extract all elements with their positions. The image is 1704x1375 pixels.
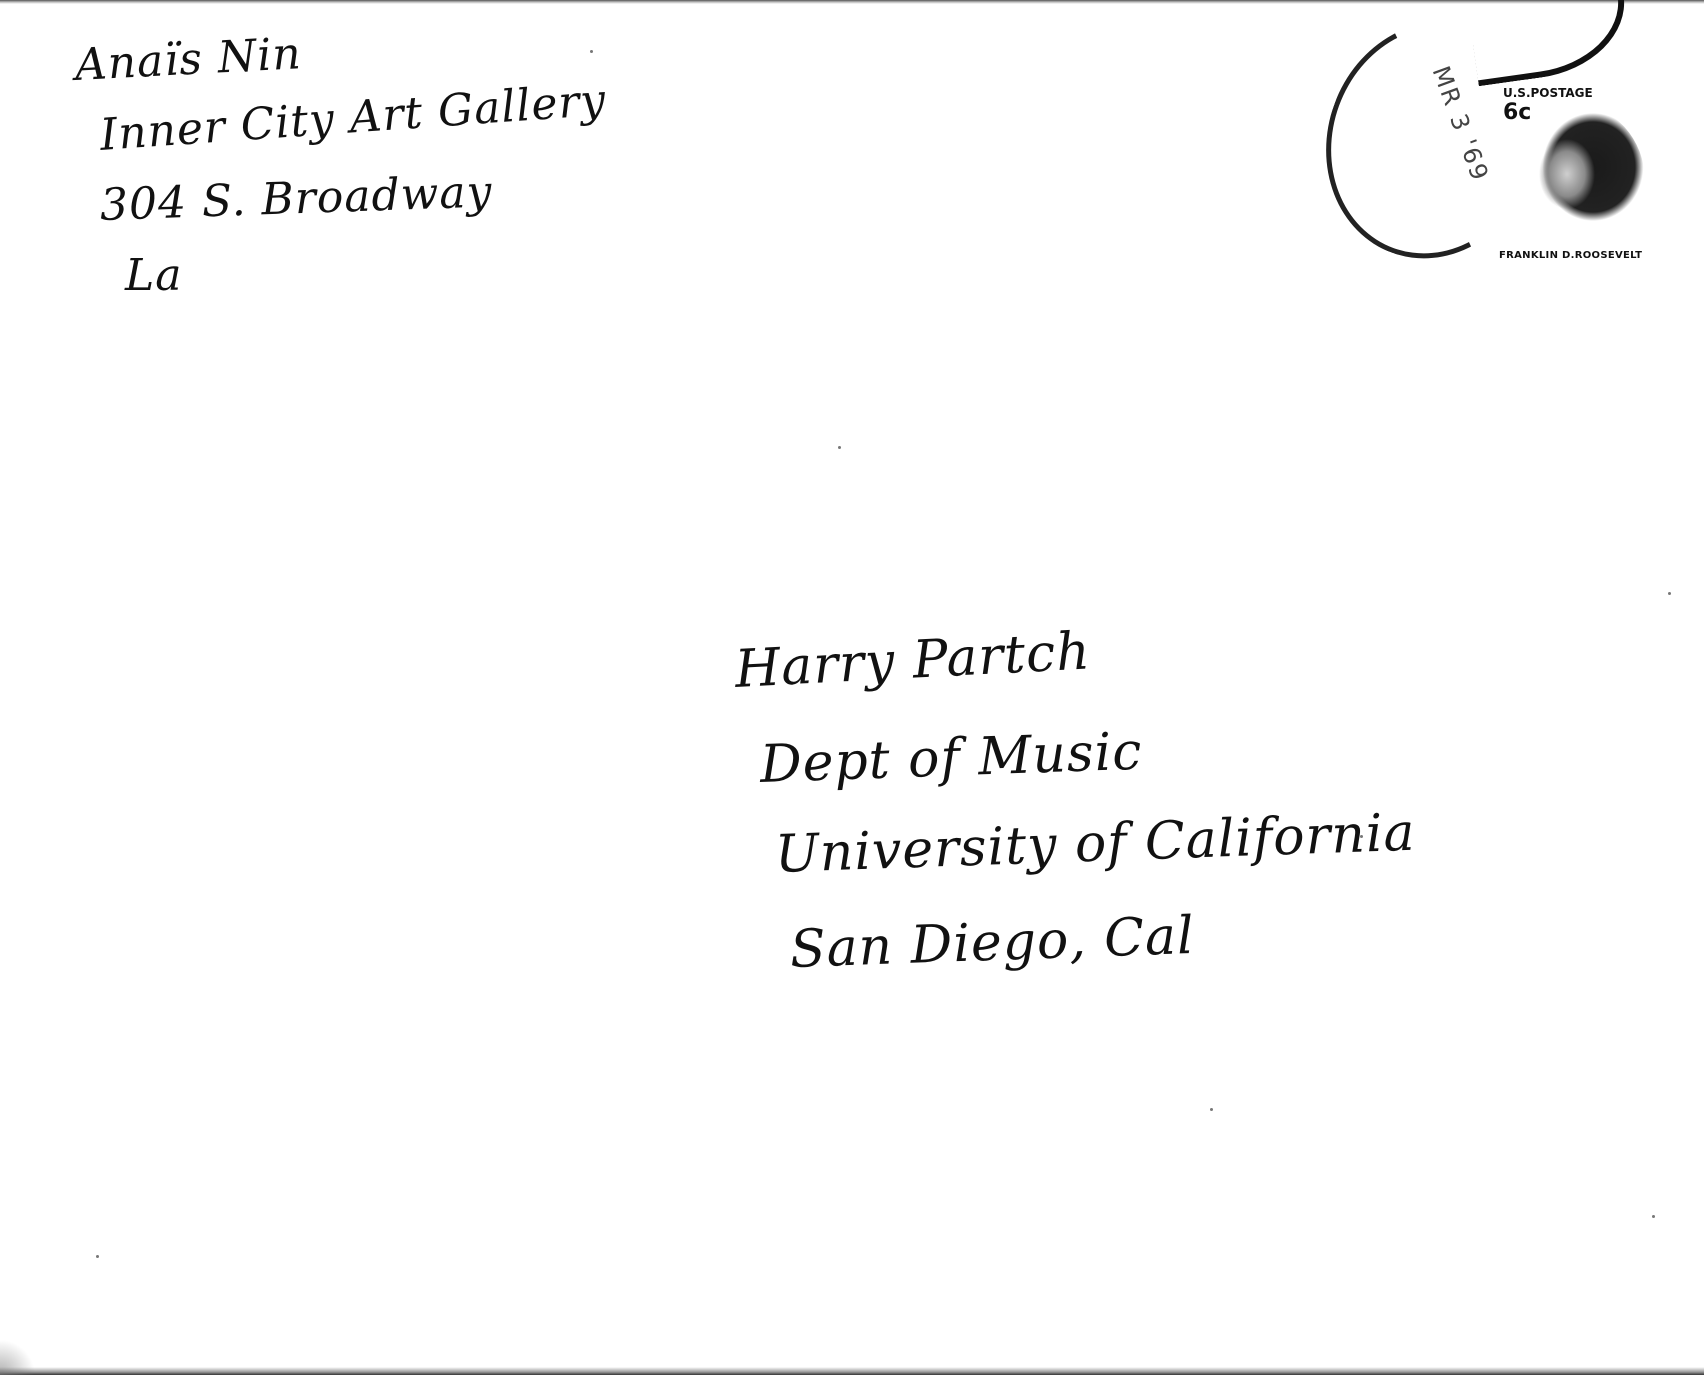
paper-speck	[96, 1255, 99, 1258]
recipient-line-institution: University of California	[774, 803, 1416, 885]
recipient-name: Harry Partch	[733, 621, 1092, 700]
paper-speck	[1652, 1215, 1655, 1218]
portrait-icon	[1515, 104, 1645, 244]
stamp-portrait-name: FRANKLIN D.ROOSEVELT	[1499, 250, 1642, 261]
return-name: Anaïs Nin	[74, 28, 303, 91]
envelope-bottom-edge	[0, 1367, 1704, 1375]
stamp-postage-label: U.S.POSTAGE	[1503, 86, 1593, 100]
paper-speck	[1210, 1108, 1213, 1111]
envelope-top-edge	[0, 0, 1704, 4]
stamp-value: 6c	[1503, 100, 1531, 125]
envelope: Anaïs Nin Inner City Art Gallery 304 S. …	[0, 0, 1704, 1375]
paper-speck	[838, 446, 841, 449]
recipient-line-city: San Diego, Cal	[789, 906, 1196, 980]
return-line-street: 304 S. Broadway	[99, 166, 493, 231]
cancellation-mark-icon	[1463, 0, 1634, 86]
return-line-org: Inner City Art Gallery	[98, 75, 608, 161]
paper-speck	[1668, 592, 1671, 595]
recipient-line-dept: Dept of Music	[759, 722, 1143, 795]
envelope-corner-shadow	[0, 1335, 40, 1375]
paper-speck	[1360, 835, 1363, 838]
paper-speck	[590, 50, 593, 53]
return-line-city: La	[125, 250, 182, 301]
postage-stamp: U.S.POSTAGE 6c FRANKLIN D.ROOSEVELT	[1495, 78, 1655, 268]
